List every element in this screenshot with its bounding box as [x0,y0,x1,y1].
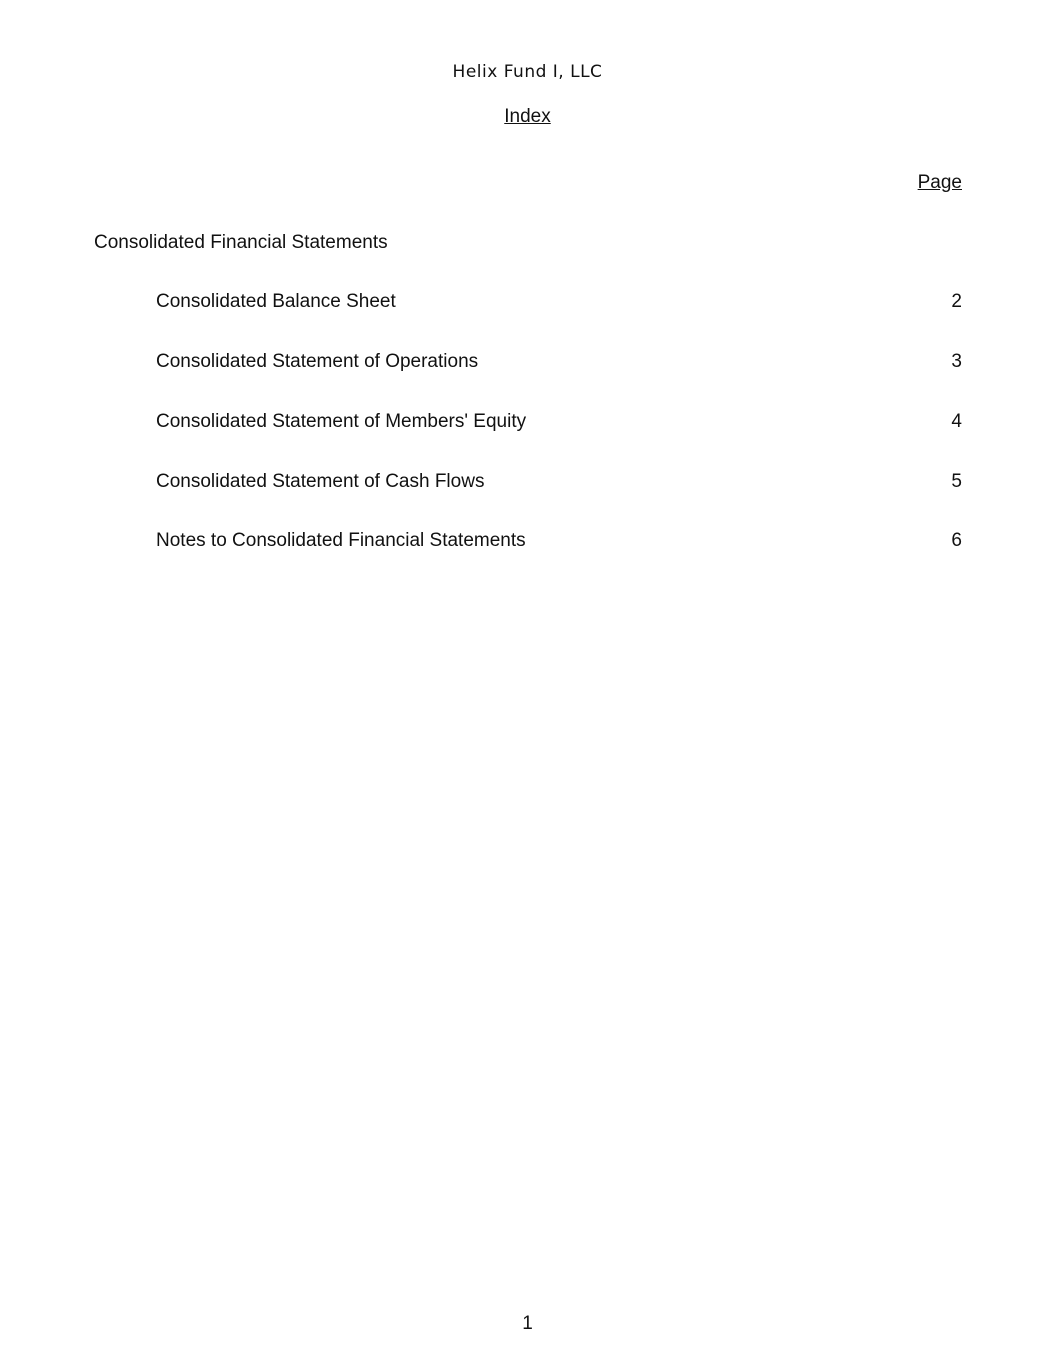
index-heading: Index [0,106,1055,128]
toc-entry-title: Consolidated Statement of Cash Flows [156,471,484,493]
toc-entry-page: 3 [951,351,962,373]
toc-entry-title: Consolidated Statement of Members' Equit… [156,411,526,433]
section-heading: Consolidated Financial Statements [94,232,388,254]
toc-entry-title: Notes to Consolidated Financial Statemen… [156,530,526,552]
toc-entry: Consolidated Statement of Cash Flows 5 [156,471,962,493]
toc-entry-page: 4 [951,411,962,433]
toc-entry: Consolidated Balance Sheet 2 [156,291,962,313]
toc-entry-page: 5 [951,471,962,493]
company-title: Helix Fund I, LLC [0,62,1055,82]
page-column-header: Page [918,172,962,194]
toc-entry-title: Consolidated Statement of Operations [156,351,478,373]
toc-entry: Consolidated Statement of Members' Equit… [156,411,962,433]
toc-entry-page: 2 [951,291,962,313]
page-number: 1 [0,1313,1055,1335]
toc-entry: Notes to Consolidated Financial Statemen… [156,530,962,552]
toc-entry: Consolidated Statement of Operations 3 [156,351,962,373]
toc-entry-title: Consolidated Balance Sheet [156,291,396,313]
toc-entry-page: 6 [951,530,962,552]
